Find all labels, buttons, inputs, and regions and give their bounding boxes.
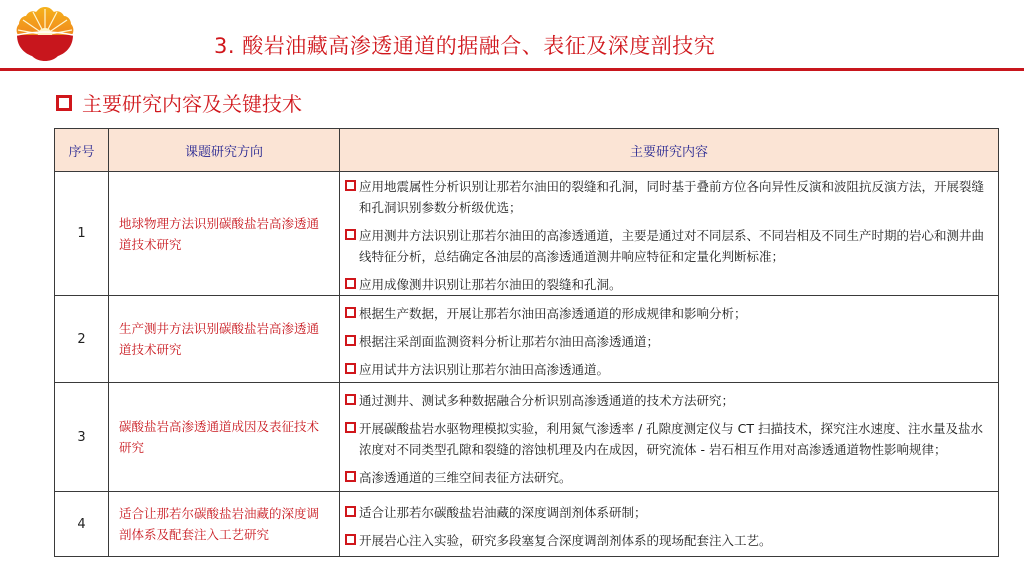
hollow-square-bullet-icon [345, 394, 356, 405]
hollow-square-bullet-icon [345, 363, 356, 374]
hollow-square-bullet-icon [345, 506, 356, 517]
content-item: 开展岩心注入实验，研究多段塞复合深度调剖剂体系的现场配套注入工艺。 [345, 530, 990, 551]
column-header-content: 主要研究内容 [340, 129, 999, 172]
hollow-square-bullet-icon [345, 229, 356, 240]
hollow-square-bullet-icon [345, 278, 356, 289]
table-row: 1 地球物理方法识别碳酸盐岩高渗透通道技术研究 应用地震属性分析识别让那若尔油田… [55, 172, 999, 296]
hollow-square-bullet-icon [345, 471, 356, 482]
research-content: 根据生产数据，开展让那若尔油田高渗透通道的形成规律和影响分析； 根据注采剖面监测… [340, 296, 999, 383]
hollow-square-icon [56, 95, 72, 111]
section-heading-text: 主要研究内容及关键技术 [82, 88, 302, 117]
table-row: 2 生产测井方法识别碳酸盐岩高渗透通道技术研究 根据生产数据，开展让那若尔油田高… [55, 296, 999, 383]
company-logo-icon [14, 4, 76, 62]
hollow-square-bullet-icon [345, 307, 356, 318]
research-content: 应用地震属性分析识别让那若尔油田的裂缝和孔洞，同时基于叠前方位各向异性反演和波阻… [340, 172, 999, 296]
content-item: 适合让那若尔碳酸盐岩油藏的深度调剖剂体系研制； [345, 502, 990, 523]
research-content: 适合让那若尔碳酸盐岩油藏的深度调剖剂体系研制； 开展岩心注入实验，研究多段塞复合… [340, 492, 999, 557]
research-direction: 碳酸盐岩高渗透通道成因及表征技术研究 [109, 383, 340, 492]
content-item: 应用成像测井识别让那若尔油田的裂缝和孔洞。 [345, 274, 990, 295]
hollow-square-bullet-icon [345, 534, 356, 545]
hollow-square-bullet-icon [345, 422, 356, 433]
row-number: 1 [55, 172, 109, 296]
content-item: 应用地震属性分析识别让那若尔油田的裂缝和孔洞，同时基于叠前方位各向异性反演和波阻… [345, 176, 990, 218]
row-number: 3 [55, 383, 109, 492]
content-item: 开展碳酸盐岩水驱物理模拟实验，利用氮气渗透率 / 孔隙度测定仪与 CT 扫描技术… [345, 418, 990, 460]
research-content-table: 序号 课题研究方向 主要研究内容 1 地球物理方法识别碳酸盐岩高渗透通道技术研究… [54, 128, 999, 557]
research-direction: 地球物理方法识别碳酸盐岩高渗透通道技术研究 [109, 172, 340, 296]
row-number: 2 [55, 296, 109, 383]
table-header-row: 序号 课题研究方向 主要研究内容 [55, 129, 999, 172]
page-title: 3. 酸岩油藏高渗透通道的据融合、表征及深度剖技究 [214, 30, 715, 60]
row-number: 4 [55, 492, 109, 557]
content-item: 应用试井方法识别让那若尔油田高渗透通道。 [345, 359, 990, 380]
content-item: 通过测井、测试多种数据融合分析识别高渗透通道的技术方法研究； [345, 390, 990, 411]
table-row: 3 碳酸盐岩高渗透通道成因及表征技术研究 通过测井、测试多种数据融合分析识别高渗… [55, 383, 999, 492]
content-item: 根据生产数据，开展让那若尔油田高渗透通道的形成规律和影响分析； [345, 303, 990, 324]
hollow-square-bullet-icon [345, 180, 356, 191]
research-direction: 生产测井方法识别碳酸盐岩高渗透通道技术研究 [109, 296, 340, 383]
title-divider [0, 68, 1024, 71]
table-row: 4 适合让那若尔碳酸盐岩油藏的深度调剖体系及配套注入工艺研究 适合让那若尔碳酸盐… [55, 492, 999, 557]
research-content: 通过测井、测试多种数据融合分析识别高渗透通道的技术方法研究； 开展碳酸盐岩水驱物… [340, 383, 999, 492]
hollow-square-bullet-icon [345, 335, 356, 346]
research-direction: 适合让那若尔碳酸盐岩油藏的深度调剖体系及配套注入工艺研究 [109, 492, 340, 557]
column-header-direction: 课题研究方向 [109, 129, 340, 172]
content-item: 根据注采剖面监测资料分析让那若尔油田高渗透通道； [345, 331, 990, 352]
column-header-no: 序号 [55, 129, 109, 172]
content-item: 高渗透通道的三维空间表征方法研究。 [345, 467, 990, 488]
content-item: 应用测井方法识别让那若尔油田的高渗透通道，主要是通过对不同层系、不同岩相及不同生… [345, 225, 990, 267]
section-heading: 主要研究内容及关键技术 [56, 88, 302, 117]
